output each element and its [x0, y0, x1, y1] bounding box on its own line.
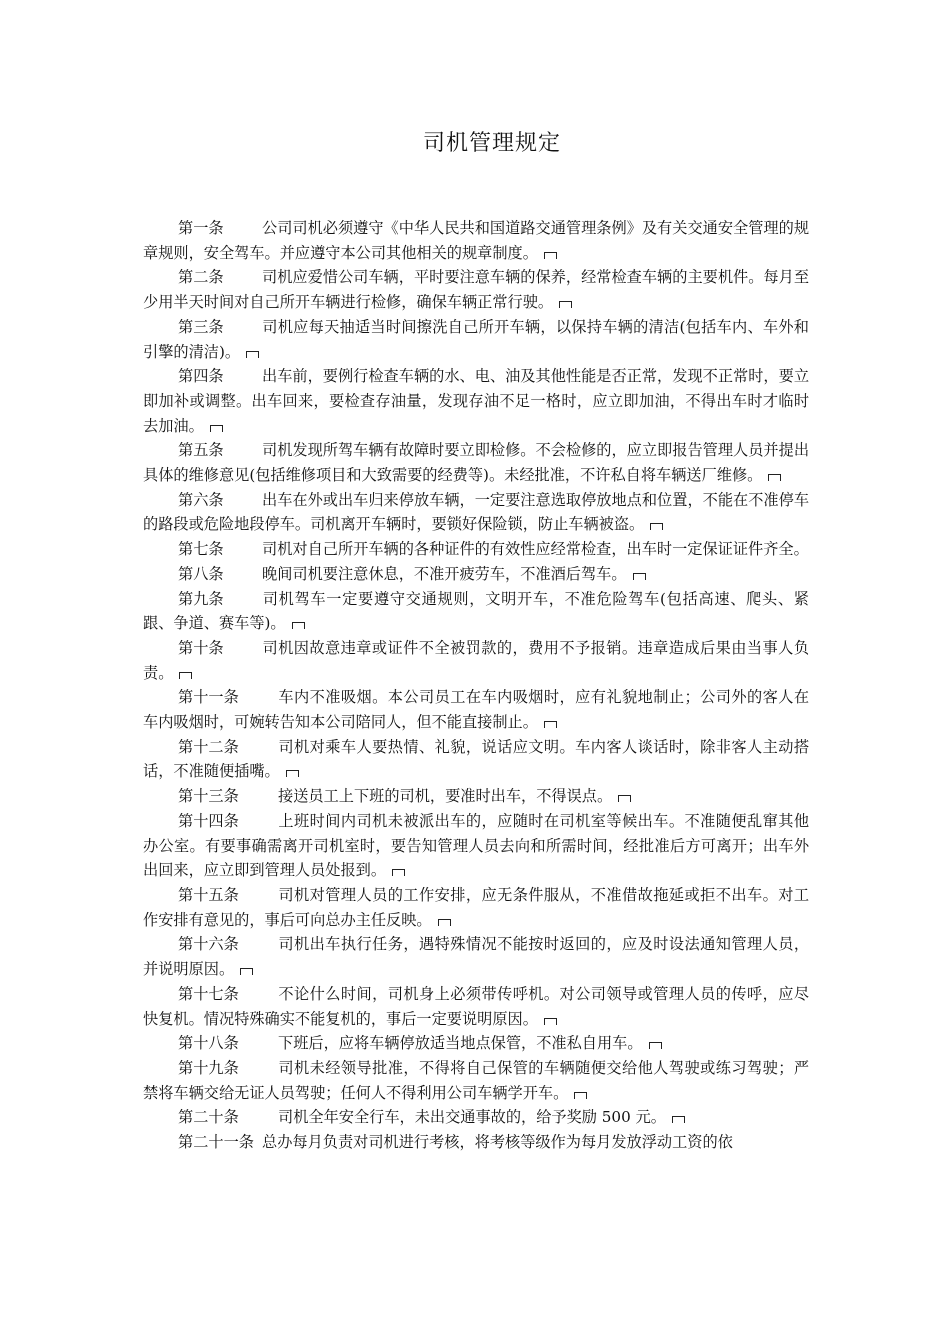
paragraph-mark-icon [286, 770, 299, 777]
paragraph-mark-icon [210, 425, 223, 432]
article-1: 第一条公司司机必须遵守《中华人民共和国道路交通管理条例》及有关交通安全管理的规章… [143, 216, 809, 265]
article-13: 第十三条接送员工上下班的司机，要准时出车，不得误点。 [143, 784, 809, 809]
article-number: 第十条 [178, 636, 262, 661]
article-8: 第八条晚间司机要注意休息，不准开疲劳车，不准酒后驾车。 [143, 562, 809, 587]
paragraph-mark-icon [574, 1092, 587, 1099]
paragraph-mark-icon [246, 351, 259, 358]
article-number: 第一条 [178, 216, 262, 241]
paragraph-mark-icon [672, 1116, 685, 1123]
document-page: 司机管理规定 第一条公司司机必须遵守《中华人民共和国道路交通管理条例》及有关交通… [0, 0, 950, 1344]
paragraph-mark-icon [544, 1018, 557, 1025]
document-title: 司机管理规定 [0, 126, 950, 157]
article-number: 第十八条 [178, 1031, 278, 1056]
article-number: 第四条 [178, 364, 262, 389]
paragraph-mark-icon [544, 252, 557, 259]
article-3: 第三条司机应每天抽适当时间擦洗自己所开车辆，以保持车辆的清洁(包括车内、车外和引… [143, 315, 809, 364]
article-text: 晚间司机要注意休息，不准开疲劳车，不准酒后驾车。 [262, 565, 627, 583]
article-text: 下班后，应将车辆停放适当地点保管，不准私自用车。 [278, 1034, 643, 1052]
article-number: 第十一条 [178, 685, 278, 710]
article-text: 接送员工上下班的司机，要准时出车，不得误点。 [278, 787, 612, 805]
article-4: 第四条出车前，要例行检查车辆的水、电、油及其他性能是否正常，发现不正常时，要立即… [143, 364, 809, 438]
paragraph-mark-icon [544, 721, 557, 728]
article-number: 第二十条 [178, 1105, 278, 1130]
article-2: 第二条司机应爱惜公司车辆，平时要注意车辆的保养，经常检查车辆的主要机件。每月至少… [143, 265, 809, 314]
article-number: 第二条 [178, 265, 262, 290]
paragraph-mark-icon [240, 968, 253, 975]
article-17: 第十七条不论什么时间，司机身上必须带传呼机。对公司领导或管理人员的传呼，应尽快复… [143, 982, 809, 1031]
article-number: 第二十一条 [178, 1130, 262, 1155]
paragraph-mark-icon [392, 869, 405, 876]
paragraph-mark-icon [438, 919, 451, 926]
article-number: 第六条 [178, 488, 262, 513]
article-9: 第九条司机驾车一定要遵守交通规则，文明开车，不准危险驾车(包括高速、爬头、紧跟、… [143, 587, 809, 636]
paragraph-mark-icon [559, 301, 572, 308]
article-text: 司机对自己所开车辆的各种证件的有效性应经常检查，出车时一定保证证件齐全。 [262, 540, 809, 558]
article-number: 第十四条 [178, 809, 278, 834]
article-number: 第十六条 [178, 932, 278, 957]
paragraph-mark-icon [179, 672, 192, 679]
article-18: 第十八条下班后，应将车辆停放适当地点保管，不准私自用车。 [143, 1031, 809, 1056]
article-number: 第三条 [178, 315, 262, 340]
article-text: 司机全年安全行车，未出交通事故的，给予奖励 500 元。 [278, 1108, 666, 1126]
article-10: 第十条司机因故意违章或证件不全被罚款的，费用不予报销。违章造成后果由当事人负责。 [143, 636, 809, 685]
article-6: 第六条出车在外或出车归来停放车辆，一定要注意选取停放地点和位置，不能在不准停车的… [143, 488, 809, 537]
paragraph-mark-icon [633, 573, 646, 580]
document-body: 第一条公司司机必须遵守《中华人民共和国道路交通管理条例》及有关交通安全管理的规章… [143, 216, 809, 1155]
article-number: 第十三条 [178, 784, 278, 809]
article-number: 第九条 [178, 587, 262, 612]
paragraph-mark-icon [649, 1042, 662, 1049]
article-number: 第十五条 [178, 883, 278, 908]
article-text: 总办每月负责对司机进行考核，将考核等级作为每月发放浮动工资的依 [262, 1133, 733, 1151]
article-number: 第十九条 [178, 1056, 278, 1081]
article-number: 第八条 [178, 562, 262, 587]
paragraph-mark-icon [768, 474, 781, 481]
article-15: 第十五条司机对管理人员的工作安排，应无条件服从，不准借故拖延或拒不出车。对工作安… [143, 883, 809, 932]
article-number: 第五条 [178, 438, 262, 463]
article-20: 第二十条司机全年安全行车，未出交通事故的，给予奖励 500 元。 [143, 1105, 809, 1130]
article-14: 第十四条上班时间内司机未被派出车的，应随时在司机室等候出车。不准随便乱窜其他办公… [143, 809, 809, 883]
article-19: 第十九条司机未经领导批准，不得将自己保管的车辆随便交给他人驾驶或练习驾驶；严禁将… [143, 1056, 809, 1105]
article-21: 第二十一条总办每月负责对司机进行考核，将考核等级作为每月发放浮动工资的依 [143, 1130, 809, 1155]
article-7: 第七条司机对自己所开车辆的各种证件的有效性应经常检查，出车时一定保证证件齐全。 [143, 537, 809, 562]
article-5: 第五条司机发现所驾车辆有故障时要立即检修。不会检修的，应立即报告管理人员并提出具… [143, 438, 809, 487]
article-number: 第七条 [178, 537, 262, 562]
article-11: 第十一条车内不准吸烟。本公司员工在车内吸烟时，应有礼貌地制止；公司外的客人在车内… [143, 685, 809, 734]
paragraph-mark-icon [618, 795, 631, 802]
article-12: 第十二条司机对乘车人要热情、礼貌，说话应文明。车内客人谈话时，除非客人主动搭话，… [143, 735, 809, 784]
paragraph-mark-icon [650, 523, 663, 530]
article-number: 第十七条 [178, 982, 278, 1007]
paragraph-mark-icon [292, 622, 305, 629]
article-16: 第十六条司机出车执行任务，遇特殊情况不能按时返回的，应及时设法通知管理人员，并说… [143, 932, 809, 981]
article-number: 第十二条 [178, 735, 278, 760]
